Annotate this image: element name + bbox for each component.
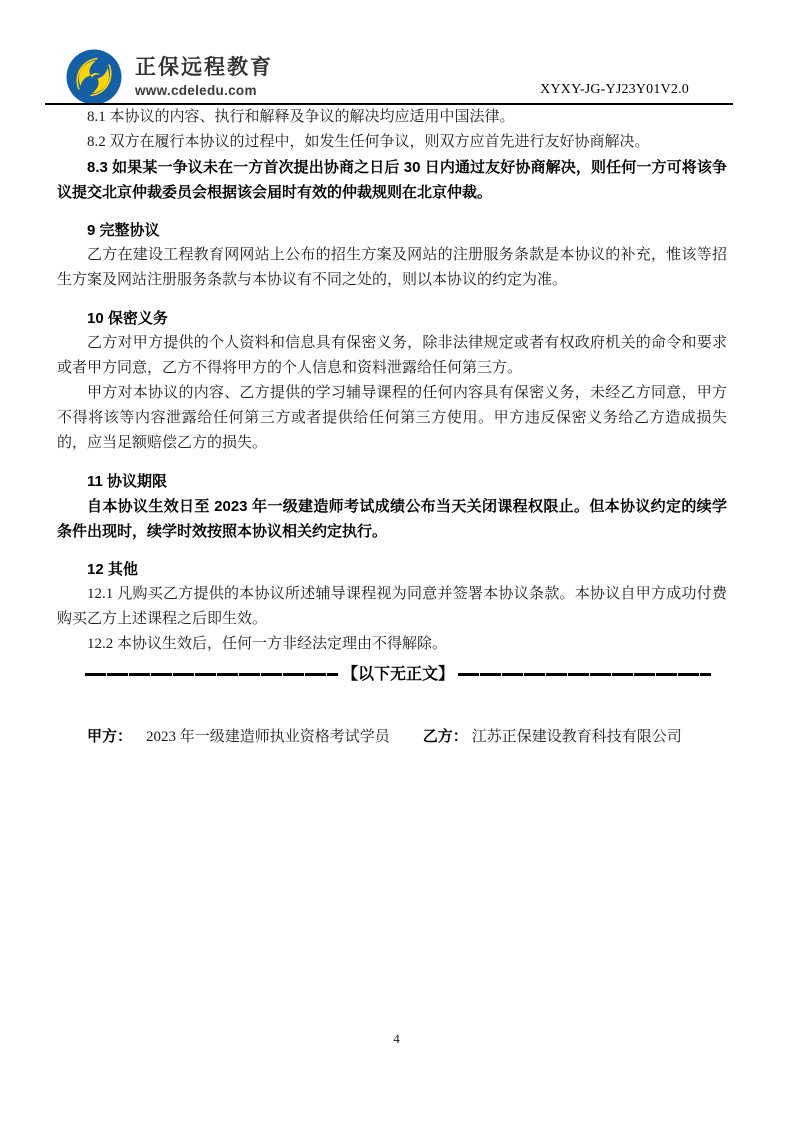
party-b-label: 乙方： <box>423 728 468 745</box>
brand-text-block: 正保远程教育 www.cdeledu.com <box>135 56 273 97</box>
party-a-value: 2023 年一级建造师执业资格考试学员 <box>146 729 390 745</box>
party-a-signature: 甲方：2023 年一级建造师执业资格考试学员 <box>87 724 390 750</box>
clause-9-1: 乙方在建设工程教育网网站上公布的招生方案及网站的注册服务条款是本协议的补充，惟该… <box>57 243 727 293</box>
signature-row: 甲方：2023 年一级建造师执业资格考试学员 乙方：江苏正保建设教育科技有限公司 <box>57 724 727 750</box>
party-a-label: 甲方： <box>87 728 132 745</box>
end-of-text-divider: 【以下无正文】 <box>85 662 711 687</box>
zhengbao-swirl-logo-icon <box>66 49 122 105</box>
brand-url: www.cdeledu.com <box>135 83 273 98</box>
section-11-heading: 11 协议期限 <box>57 469 727 494</box>
contract-body: 8.1 本协议的内容、执行和解释及争议的解决均应适用中国法律。 8.2 双方在履… <box>57 105 727 750</box>
page-number: 4 <box>0 1031 793 1047</box>
clause-10-2: 甲方对本协议的内容、乙方提供的学习辅导课程的任何内容具有保密义务，未经乙方同意，… <box>57 381 727 456</box>
divider-line-left <box>85 673 338 676</box>
clause-8-2: 8.2 双方在履行本协议的过程中，如发生任何争议，则双方应首先进行友好协商解决。 <box>57 130 727 155</box>
clause-8-3: 8.3 如果某一争议未在一方首次提出协商之日后 30 日内通过友好协商解决，则任… <box>57 155 727 205</box>
clause-11-1: 自本协议生效日至 2023 年一级建造师考试成绩公布当天关闭课程权限止。但本协议… <box>57 494 727 544</box>
section-10-heading: 10 保密义务 <box>57 306 727 331</box>
section-9-heading: 9 完整协议 <box>57 218 727 243</box>
clause-12-1: 12.1 凡购买乙方提供的本协议所述辅导课程视为同意并签署本协议条款。本协议自甲… <box>57 582 727 632</box>
header-brand: 正保远程教育 www.cdeledu.com <box>66 49 273 105</box>
clause-12-2: 12.2 本协议生效后，任何一方非经法定理由不得解除。 <box>57 632 727 657</box>
section-12-heading: 12 其他 <box>57 557 727 582</box>
brand-name: 正保远程教育 <box>135 56 273 79</box>
doc-code: XYXY-JG-YJ23Y01V2.0 <box>540 82 689 98</box>
party-b-value: 江苏正保建设教育科技有限公司 <box>472 729 682 745</box>
party-b-signature: 乙方：江苏正保建设教育科技有限公司 <box>423 724 682 750</box>
end-of-text-label: 【以下无正文】 <box>338 662 458 687</box>
clause-8-1: 8.1 本协议的内容、执行和解释及争议的解决均应适用中国法律。 <box>57 105 727 130</box>
divider-line-right <box>458 673 711 676</box>
document-page: 正保远程教育 www.cdeledu.com XYXY-JG-YJ23Y01V2… <box>0 0 793 1123</box>
clause-10-1: 乙方对甲方提供的个人资料和信息具有保密义务，除非法律规定或者有权政府机关的命令和… <box>57 331 727 381</box>
